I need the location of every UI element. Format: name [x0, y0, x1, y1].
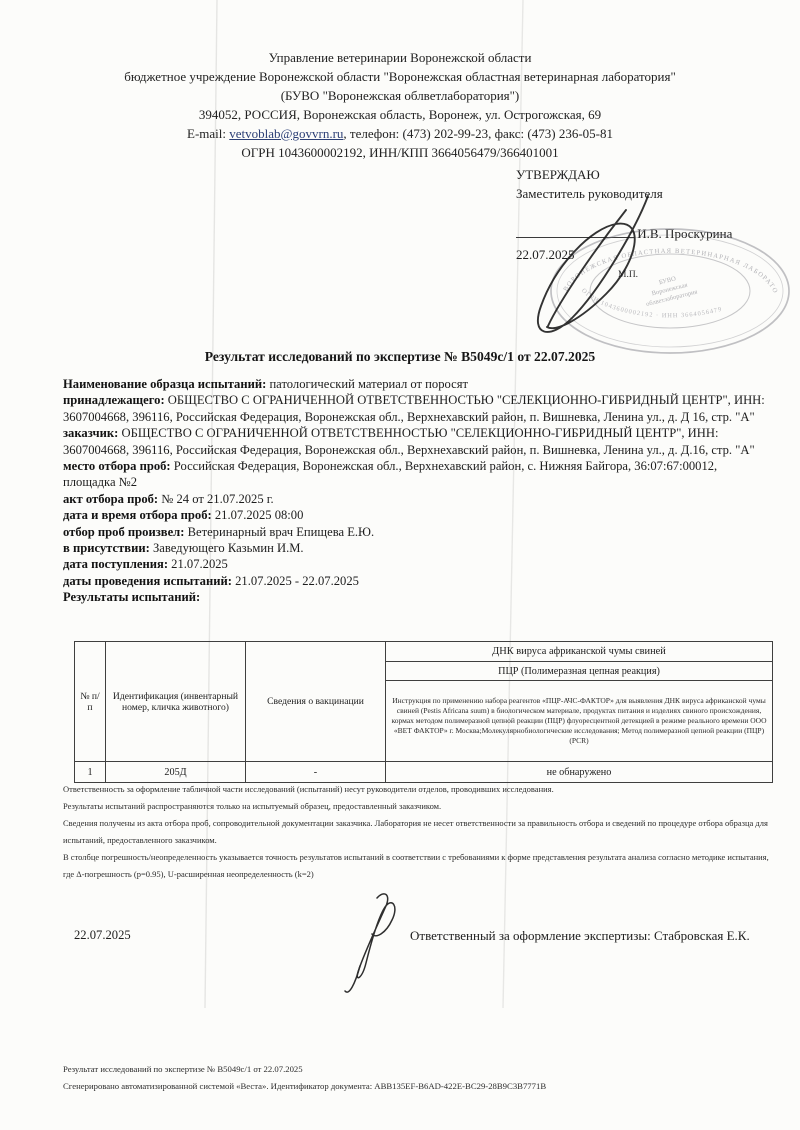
stamp-center-line: Воронежская [651, 282, 688, 298]
field-value: ОБЩЕСТВО С ОГРАНИЧЕННОЙ ОТВЕТСТВЕННОСТЬЮ… [63, 426, 755, 456]
field-label: заказчик: [63, 426, 118, 440]
table-row: 1 205Д - не обнаружено [75, 762, 773, 783]
cell-vaccination: - [246, 762, 386, 783]
field-row: акт отбора проб: № 24 от 21.07.2025 г. [63, 491, 771, 507]
footnote: В столбце погрешность/неопределенность у… [63, 849, 777, 883]
phone-fax-text: , телефон: (473) 202-99-23, факс: (473) … [343, 126, 613, 141]
stamp-center-line: БУВО [658, 275, 677, 286]
cell-identification: 205Д [106, 762, 246, 783]
footer-line: Сгенерировано автоматизированной системо… [63, 1078, 777, 1095]
results-table: № п/п Идентификация (инвентарный номер, … [74, 641, 773, 783]
approval-block: УТВЕРЖДАЮ Заместитель руководителя И.В. … [516, 165, 732, 264]
col-header-identification: Идентификация (инвентарный номер, кличка… [106, 642, 246, 762]
org-header-line: бюджетное учреждение Воронежской области… [40, 68, 760, 87]
method-detail-header: Инструкция по применению набора реагенто… [386, 681, 773, 762]
field-value: ОБЩЕСТВО С ОГРАНИЧЕННОЙ ОТВЕТСТВЕННОСТЬЮ… [63, 393, 765, 423]
org-header-contact-line: E-mail: vetvoblab@govvrn.ru, телефон: (4… [40, 125, 760, 144]
footnote: Ответственность за оформление табличной … [63, 781, 777, 798]
document-footer: Результат исследований по экспертизе № B… [63, 1061, 777, 1094]
org-header: Управление ветеринарии Воронежской облас… [40, 49, 760, 162]
field-row: отбор проб произвел: Ветеринарный врач Е… [63, 524, 771, 540]
field-row: место отбора проб: Российская Федерация,… [63, 458, 771, 491]
responsible-person: Ответственный за оформление экспертизы: … [410, 928, 750, 944]
field-row: даты проведения испытаний: 21.07.2025 - … [63, 573, 771, 589]
stamp-center-line: облветлаборатория [645, 289, 698, 309]
cell-num: 1 [75, 762, 106, 783]
field-label: Наименование образца испытаний: [63, 377, 266, 391]
col-header-vaccination: Сведения о вакцинации [246, 642, 386, 762]
results-heading: Результаты испытаний: [63, 590, 200, 604]
field-value: 21.07.2025 - 22.07.2025 [232, 574, 359, 588]
field-row: принадлежащего: ОБЩЕСТВО С ОГРАНИЧЕННОЙ … [63, 392, 771, 425]
approval-heading: УТВЕРЖДАЮ [516, 165, 732, 184]
email-link: vetvoblab@govvrn.ru [229, 126, 343, 141]
field-label: принадлежащего: [63, 393, 165, 407]
signoff-date: 22.07.2025 [74, 928, 131, 943]
org-header-line: Управление ветеринарии Воронежской облас… [40, 49, 760, 68]
field-value: 21.07.2025 08:00 [212, 508, 304, 522]
field-label: акт отбора проб: [63, 492, 158, 506]
approval-signature-row: И.В. Проскурина [516, 224, 732, 243]
approval-date: 22.07.2025 [516, 245, 732, 264]
field-label: дата поступления: [63, 557, 168, 571]
field-label: дата и время отбора проб: [63, 508, 212, 522]
approval-position: Заместитель руководителя [516, 184, 732, 203]
col-header-num: № п/п [75, 642, 106, 762]
field-row: Наименование образца испытаний: патологи… [63, 376, 771, 392]
field-value: патологический материал от поросят [266, 377, 468, 391]
responsible-signature [345, 894, 395, 992]
document-title: Результат исследований по экспертизе № B… [0, 349, 800, 365]
field-label: в присутствии: [63, 541, 150, 555]
field-value: Ветеринарный врач Епищева Е.Ю. [184, 525, 374, 539]
method-header: ПЦР (Полимеразная цепная реакция) [386, 662, 773, 681]
stamp-place-mark: М.П. [618, 270, 638, 280]
signature-line [516, 225, 634, 238]
scanned-document-page: Управление ветеринарии Воронежской облас… [0, 0, 800, 1130]
footer-line: Результат исследований по экспертизе № B… [63, 1061, 777, 1078]
field-value: Заведующего Казьмин И.М. [150, 541, 304, 555]
test-group-header: ДНК вируса африканской чумы свиней [386, 642, 773, 662]
field-row: заказчик: ОБЩЕСТВО С ОГРАНИЧЕННОЙ ОТВЕТС… [63, 425, 771, 458]
field-row: в присутствии: Заведующего Казьмин И.М. [63, 540, 771, 556]
stamp-ring-bottom-text: ОГРН 1043600002192 · ИНН 3664056479 [580, 287, 723, 319]
field-row: Результаты испытаний: [63, 589, 771, 605]
approver-name: И.В. Проскурина [637, 226, 732, 241]
svg-text:ОГРН 1043600002192 · ИНН 36640: ОГРН 1043600002192 · ИНН 3664056479 [580, 287, 723, 319]
field-value: 21.07.2025 [168, 557, 228, 571]
sample-details: Наименование образца испытаний: патологи… [63, 376, 771, 606]
footnote: Сведения получены из акта отбора проб, с… [63, 815, 777, 849]
field-label: отбор проб произвел: [63, 525, 184, 539]
org-header-line: (БУВО "Воронежская облветлаборатория") [40, 87, 760, 106]
field-row: дата и время отбора проб: 21.07.2025 08:… [63, 507, 771, 523]
org-header-line: 394052, РОССИЯ, Воронежская область, Вор… [40, 106, 760, 125]
field-row: дата поступления: 21.07.2025 [63, 556, 771, 572]
footnote: Результаты испытаний распространяются то… [63, 798, 777, 815]
org-header-line: ОГРН 1043600002192, ИНН/КПП 3664056479/3… [40, 144, 760, 163]
field-label: место отбора проб: [63, 459, 171, 473]
field-label: даты проведения испытаний: [63, 574, 232, 588]
field-value: № 24 от 21.07.2025 г. [158, 492, 274, 506]
email-label: E-mail: [187, 126, 229, 141]
cell-result: не обнаружено [386, 762, 773, 783]
footnotes: Ответственность за оформление табличной … [63, 781, 777, 883]
